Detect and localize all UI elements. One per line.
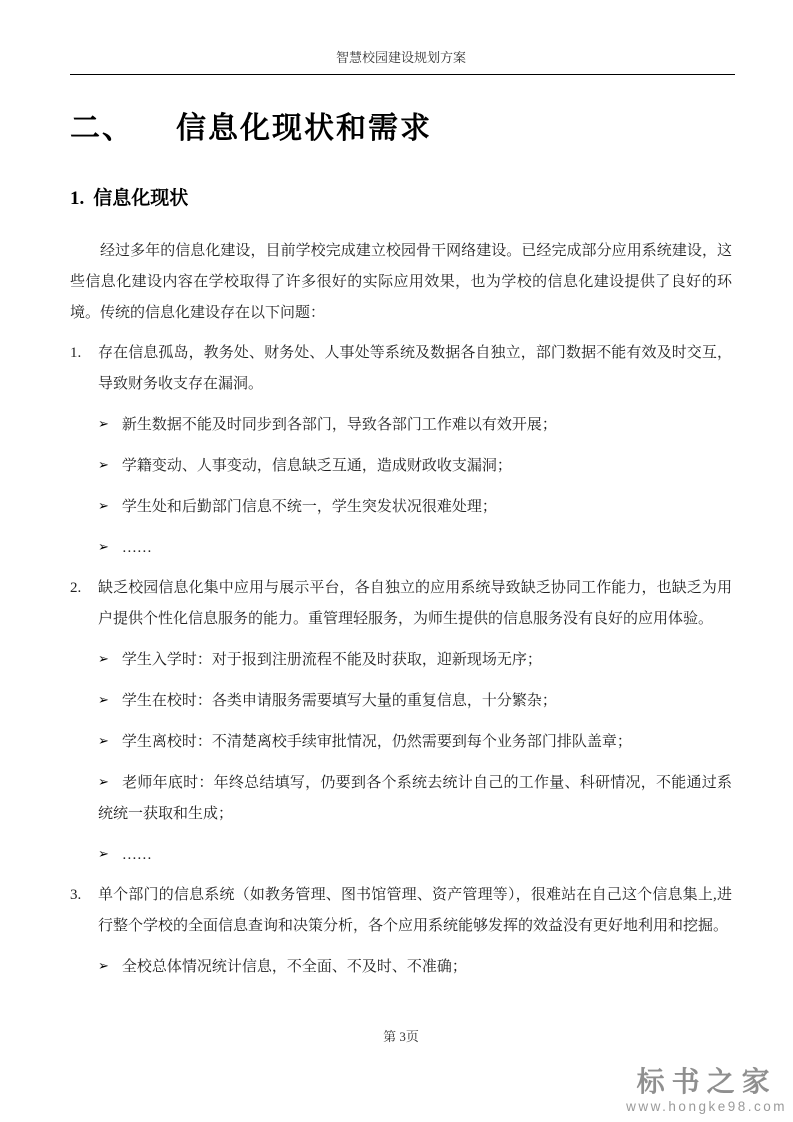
section-title-text: 信息化现状 (93, 188, 188, 209)
list-item: ➢…… (98, 532, 732, 564)
item-text: 缺乏校园信息化集中应用与展示平台，各自独立的应用系统导致缺乏协同工作能力，也缺乏… (98, 573, 732, 635)
watermark-brand: 标书之家 (626, 1067, 787, 1097)
bullet-text: 新生数据不能及时同步到各部门，导致各部门工作难以有效开展； (122, 417, 557, 433)
section-number: 1. (70, 188, 84, 209)
bullet-text: 学生在校时：各类申请服务需要填写大量的重复信息，十分繁杂； (122, 693, 557, 709)
intro-paragraph: 经过多年的信息化建设，目前学校完成建立校园骨干网络建设。已经完成部分应用系统建设… (70, 236, 732, 329)
bullet-text: 学生处和后勤部门信息不统一，学生突发状况很难处理； (122, 499, 497, 515)
numbered-item-3: 3. 单个部门的信息系统（如教务管理、图书馆管理、资产管理等），很难站在自己这个… (70, 880, 732, 983)
item-body: 单个部门的信息系统（如教务管理、图书馆管理、资产管理等），很难站在自己这个信息集… (98, 880, 732, 983)
list-item: ➢全校总体情况统计信息，不全面、不及时、不准确； (98, 951, 732, 983)
arrow-bullet-icon: ➢ (98, 684, 109, 715)
item-number: 1. (70, 338, 98, 564)
numbered-item-1: 1. 存在信息孤岛，教务处、财务处、人事处等系统及数据各自独立，部门数据不能有效… (70, 338, 732, 564)
running-header: 智慧校园建设规划方案 (70, 47, 732, 66)
list-item: ➢学生入学时：对于报到注册流程不能及时获取，迎新现场无序； (98, 644, 732, 676)
arrow-bullet-icon: ➢ (98, 766, 109, 797)
arrow-bullet-icon: ➢ (98, 449, 109, 480)
list-item: ➢学籍变动、人事变动，信息缺乏互通，造成财政收支漏洞； (98, 450, 732, 482)
watermark-url: www.hongke98.com (626, 1099, 787, 1114)
item-text: 单个部门的信息系统（如教务管理、图书馆管理、资产管理等），很难站在自己这个信息集… (98, 880, 732, 942)
list-item: ➢学生处和后勤部门信息不统一，学生突发状况很难处理； (98, 491, 732, 523)
section-title: 1.信息化现状 (70, 183, 732, 210)
header-rule (70, 74, 735, 75)
list-item: ➢学生在校时：各类申请服务需要填写大量的重复信息，十分繁杂； (98, 685, 732, 717)
item-body: 存在信息孤岛，教务处、财务处、人事处等系统及数据各自独立，部门数据不能有效及时交… (98, 338, 732, 564)
arrow-bullet-icon: ➢ (98, 490, 109, 521)
bullet-text: 学籍变动、人事变动，信息缺乏互通，造成财政收支漏洞； (122, 458, 512, 474)
item-number: 3. (70, 880, 98, 983)
arrow-bullet-icon: ➢ (98, 531, 109, 562)
item-number: 2. (70, 573, 98, 871)
bullet-text: …… (122, 540, 152, 556)
bullet-text: …… (122, 847, 152, 863)
item-text: 存在信息孤岛，教务处、财务处、人事处等系统及数据各自独立，部门数据不能有效及时交… (98, 338, 732, 400)
chapter-title: 二、信息化现状和需求 (70, 103, 732, 147)
page-number: 第 3页 (70, 1026, 732, 1045)
document-page: 智慧校园建设规划方案 二、信息化现状和需求 1.信息化现状 经过多年的信息化建设… (0, 0, 793, 1122)
watermark: 标书之家 www.hongke98.com (626, 1067, 787, 1114)
list-item: ➢…… (98, 839, 732, 871)
arrow-bullet-icon: ➢ (98, 725, 109, 756)
list-item: ➢学生离校时：不清楚离校手续审批情况，仍然需要到每个业务部门排队盖章； (98, 726, 732, 758)
page-content: 二、信息化现状和需求 1.信息化现状 经过多年的信息化建设，目前学校完成建立校园… (70, 103, 732, 983)
bullet-text: 全校总体情况统计信息，不全面、不及时、不准确； (122, 959, 467, 975)
arrow-bullet-icon: ➢ (98, 408, 109, 439)
bullet-text: 学生入学时：对于报到注册流程不能及时获取，迎新现场无序； (122, 652, 542, 668)
bullet-text: 学生离校时：不清楚离校手续审批情况，仍然需要到每个业务部门排队盖章； (122, 734, 632, 750)
list-item: ➢老师年底时：年终总结填写，仍要到各个系统去统计自己的工作量、科研情况，不能通过… (98, 767, 732, 830)
numbered-item-2: 2. 缺乏校园信息化集中应用与展示平台，各自独立的应用系统导致缺乏协同工作能力，… (70, 573, 732, 871)
chapter-number: 二、 (70, 112, 134, 145)
arrow-bullet-icon: ➢ (98, 950, 109, 981)
bullet-text: 老师年底时：年终总结填写，仍要到各个系统去统计自己的工作量、科研情况，不能通过系… (98, 775, 732, 822)
arrow-bullet-icon: ➢ (98, 643, 109, 674)
chapter-title-text: 信息化现状和需求 (176, 112, 432, 145)
item-body: 缺乏校园信息化集中应用与展示平台，各自独立的应用系统导致缺乏协同工作能力，也缺乏… (98, 573, 732, 871)
list-item: ➢新生数据不能及时同步到各部门，导致各部门工作难以有效开展； (98, 409, 732, 441)
arrow-bullet-icon: ➢ (98, 838, 109, 869)
